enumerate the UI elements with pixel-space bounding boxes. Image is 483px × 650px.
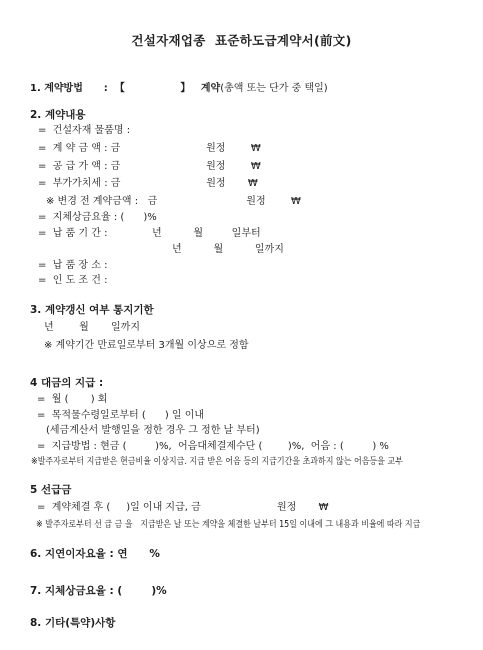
contract-amount-line: = 계 약 금 액 : 금 원정 ₩ — [38, 142, 261, 155]
payment-method-line: = 지급방법 : 현금 ( )%, 어음대체결제수단 ( )%, 어음 : ( … — [37, 440, 389, 453]
contract-method-line: 1. 계약방법 : 【 】 계약(총액 또는 단가 중 택일) — [30, 82, 328, 95]
renewal-deadline-line: 년 월 일까지 — [44, 321, 140, 334]
section-late-interest-header: 6. 지연이자요율 : 연 % — [30, 548, 160, 561]
section-contract-content-header: 2. 계약내용 — [30, 109, 86, 122]
advance-note-line: ※ 발주자로부터 선 급 금 을 지급받은 날 또는 계약을 체결한 날부터 1… — [36, 518, 420, 531]
contract-method-paren: (총액 또는 단가 중 택일) — [220, 83, 327, 94]
material-name-line: = 건설자재 물품명 : — [38, 124, 130, 137]
delivery-terms-line: = 인 도 조 건 : — [38, 274, 107, 287]
contract-method-label: 1. 계약방법 : 【 】 계약 — [30, 83, 220, 94]
delivery-period-from-line: = 납 품 기 간 : 년 월 일부터 — [38, 227, 261, 240]
section-renewal-header: 3. 계약갱신 여부 통지기한 — [30, 304, 154, 317]
section-delay-penalty-header: 7. 지체상금요율 : ( )% — [30, 585, 167, 598]
delay-penalty-rate-line: = 지체상금요율 : ( )% — [38, 211, 157, 224]
payment-due-line: = 목적물수령일로부터 ( ) 일 이내 — [37, 409, 204, 422]
delivery-place-line: = 납 품 장 소 : — [38, 259, 107, 272]
payment-frequency-line: = 월 ( ) 회 — [37, 393, 107, 406]
pre-change-amount-line: ※ 변경 전 계약금액 : 금 원정 ₩ — [46, 195, 301, 208]
renewal-note-line: ※ 계약기간 만료일로부터 3개월 이상으로 정함 — [44, 339, 249, 352]
vat-line: = 부가가치세 : 금 원정 ₩ — [38, 177, 258, 190]
delivery-period-until-line: 년 월 일까지 — [172, 243, 284, 256]
section-advance-header: 5 선급금 — [30, 484, 71, 497]
document-title: 건설자재업종 표준하도급계약서(前文) — [0, 31, 483, 49]
document-page: 건설자재업종 표준하도급계약서(前文) 1. 계약방법 : 【 】 계약(총액 … — [0, 0, 483, 650]
payment-note-line: ※발주자로부터 지급받은 현금비율 이상지급. 지급 받은 어음 등의 지급기간… — [31, 455, 403, 468]
section-misc-header: 8. 기타(특약)사항 — [30, 617, 115, 630]
payment-taxinvoice-line: (세금계산서 발행일을 정한 경우 그 정한 날 부터) — [46, 424, 260, 437]
advance-payment-line: = 계약체결 후 ( )일 이내 지급, 금 원정 ₩ — [37, 501, 329, 514]
section-payment-header: 4 대금의 지급 : — [30, 377, 103, 390]
supply-price-line: = 공 급 가 액 : 금 원정 ₩ — [38, 160, 261, 173]
